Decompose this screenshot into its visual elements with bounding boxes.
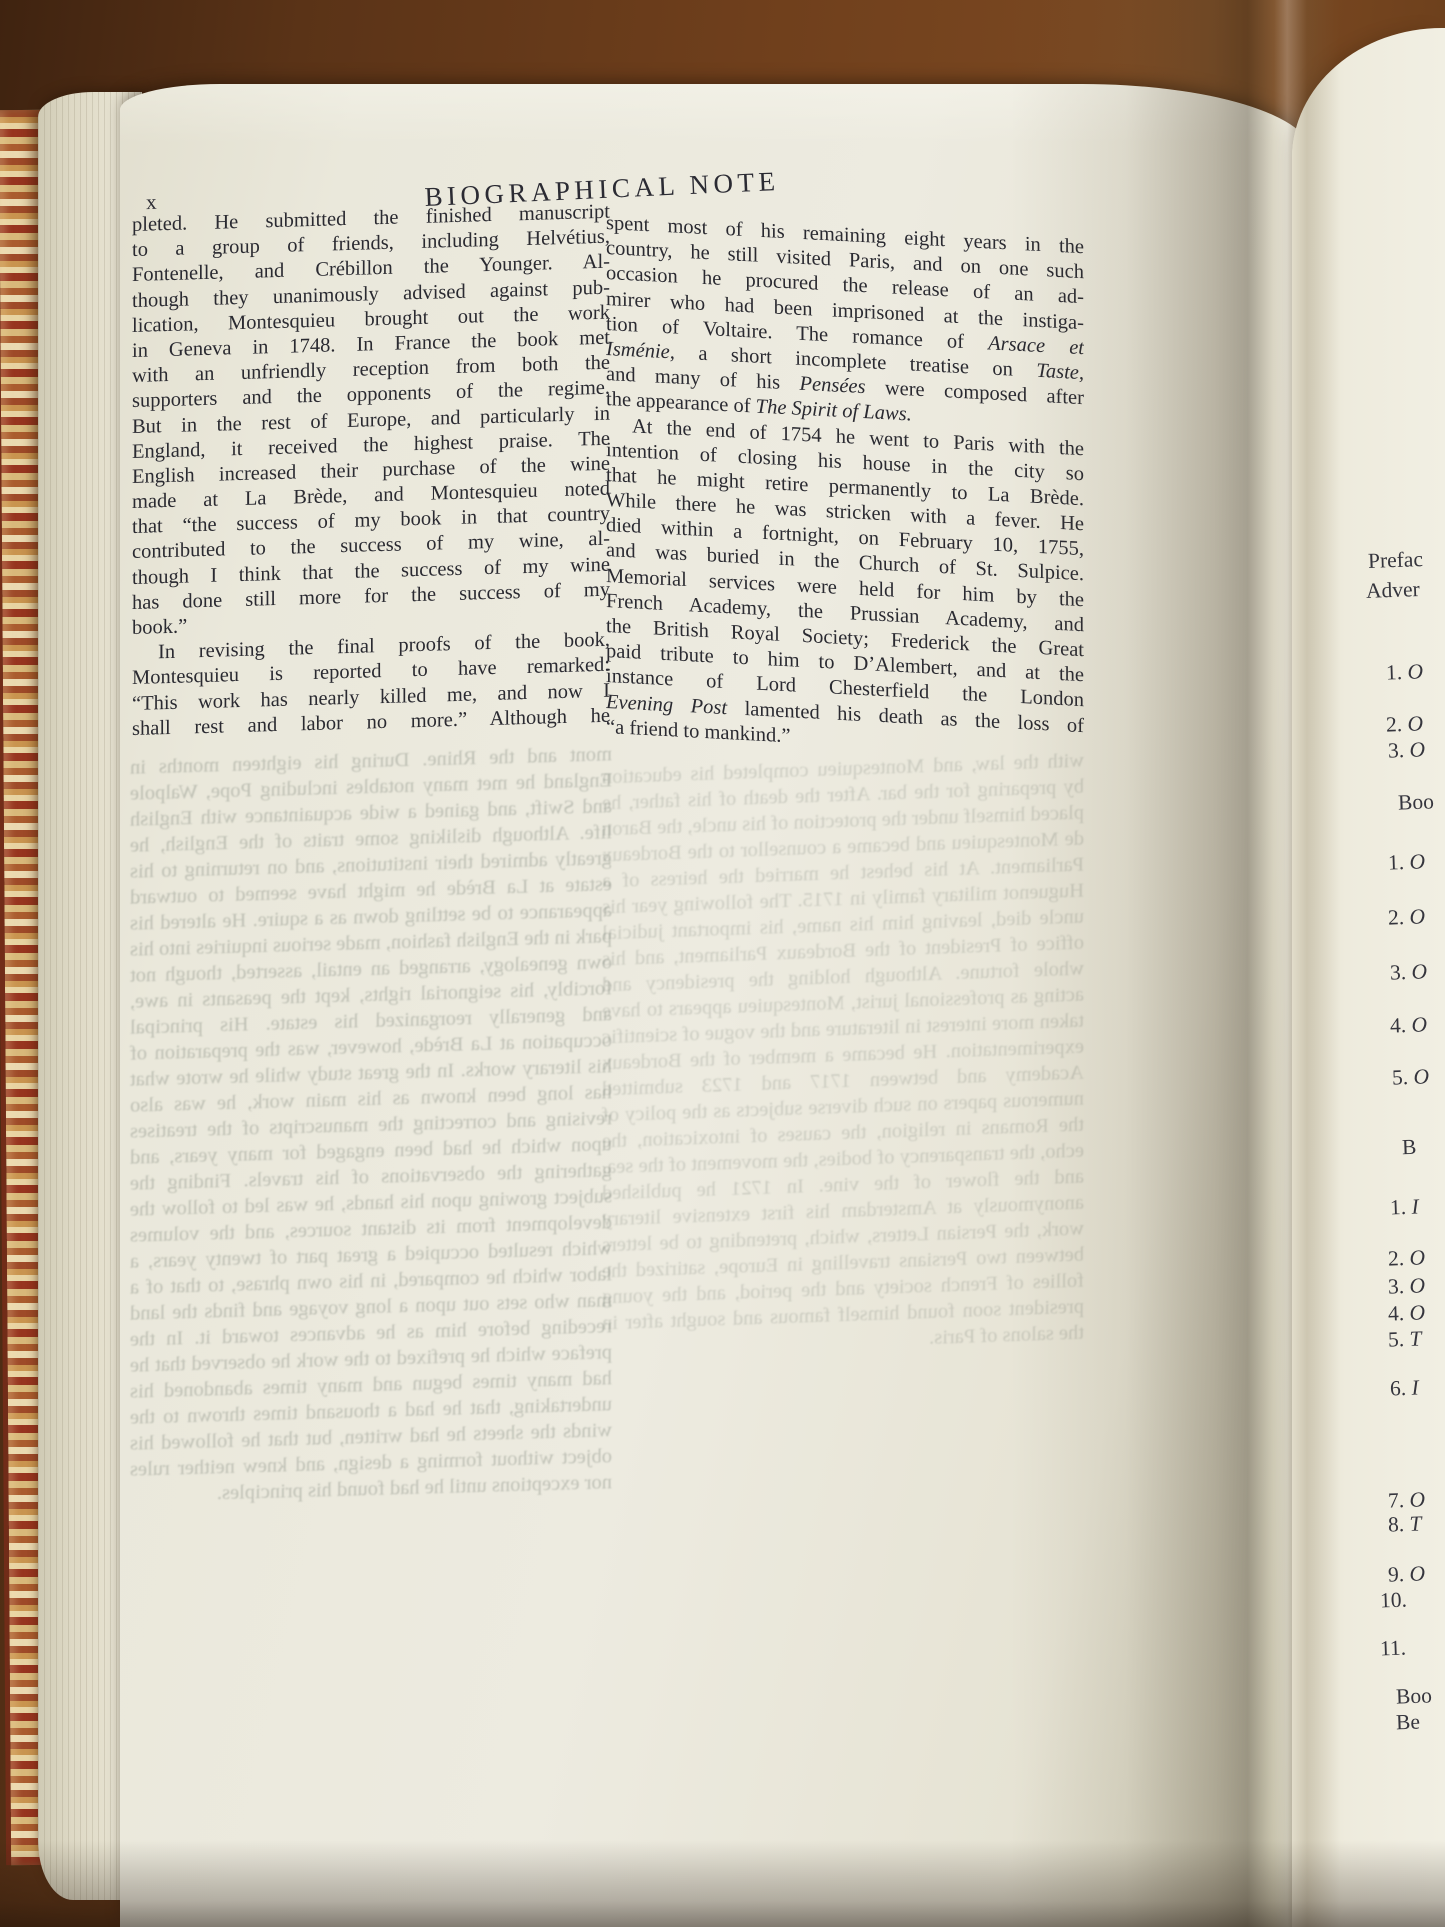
contents-line: 5. T [1388,1326,1422,1352]
left-text-column: pleted. He submitted the finished manusc… [132,200,610,742]
contents-line: 7. O [1388,1487,1426,1513]
contents-line: 6. I [1390,1376,1420,1402]
contents-line: Be [1396,1710,1421,1736]
contents-line: 9. O [1388,1561,1426,1587]
contents-line: 8. T [1388,1511,1422,1537]
contents-line: 1. I [1390,1195,1420,1221]
bleedthrough-text-left: mont and the Rhine. During his eighteen … [130,741,612,1882]
right-text-column: spent most of his remaining eight years … [606,211,1084,764]
contents-line: 1. O [1388,849,1426,875]
contents-line: B [1402,1135,1417,1160]
contents-line: 3. O [1388,737,1426,763]
contents-line: 3. O [1390,959,1428,985]
contents-line: 10. [1380,1588,1408,1614]
contents-line: Boo [1398,789,1435,815]
contents-line: Prefac [1368,547,1424,574]
contents-line: 4. O [1390,1012,1428,1038]
contents-line: 1. O [1386,659,1424,685]
contents-line: 2. O [1386,711,1424,737]
contents-line: 2. O [1388,1245,1426,1271]
contents-line: 4. O [1388,1300,1426,1326]
bleedthrough-text-right: with the law, and Montesquieu completed … [602,748,1084,1885]
book-photo: BIOGRAPHICAL NOTE x pleted. He submitted… [0,0,1445,1927]
contents-line: 2. O [1388,904,1426,930]
contents-line: 5. O [1392,1064,1430,1090]
contents-line: Adver [1366,577,1421,604]
contents-line: 3. O [1388,1273,1426,1299]
contents-line: 11. [1380,1636,1407,1662]
contents-line: Boo [1396,1683,1433,1709]
